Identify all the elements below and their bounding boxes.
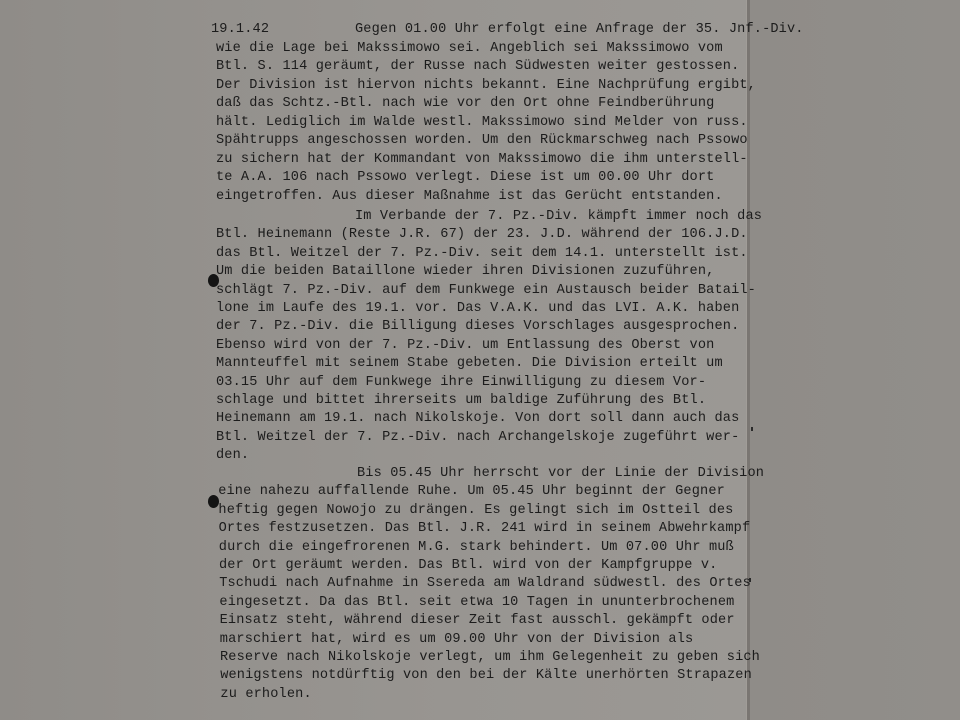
text-line: Mannteuffel mit seinem Stabe gebeten. Di… (216, 356, 723, 371)
text-line: daß das Schtz.-Btl. nach wie vor den Ort… (216, 96, 714, 111)
text-line: schlage und bittet ihrerseits um baldige… (216, 393, 706, 408)
text-line: der 7. Pz.-Div. die Billigung dieses Vor… (216, 319, 739, 334)
text-line: Btl. Heinemann (Reste J.R. 67) der 23. J… (216, 227, 748, 242)
text-line: lone im Laufe des 19.1. vor. Das V.A.K. … (216, 301, 739, 316)
text-line: Reserve nach Nikolskoje verlegt, um ihm … (220, 650, 760, 665)
text-line: zu erholen. (220, 687, 311, 702)
text-line: Einsatz steht, während dieser Zeit fast … (220, 613, 735, 628)
text-line: zu sichern hat der Kommandant von Makssi… (216, 152, 748, 167)
text-line: marschiert hat, wird es um 09.00 Uhr von… (220, 632, 694, 647)
entry-date: 19.1.42 (211, 22, 269, 37)
text-line: das Btl. Weitzel der 7. Pz.-Div. seit de… (216, 246, 748, 261)
margin-mark (751, 427, 753, 431)
text-line: Gegen 01.00 Uhr erfolgt eine Anfrage der… (355, 22, 804, 37)
text-line: Um die beiden Bataillone wieder ihren Di… (216, 264, 714, 279)
text-line: eingesetzt. Da das Btl. seit etwa 10 Tag… (219, 595, 734, 610)
text-line: Spähtrupps angeschossen worden. Um den R… (216, 133, 748, 148)
text-line: der Ort geräumt werden. Das Btl. wird vo… (219, 558, 717, 573)
text-line: den. (216, 448, 249, 463)
text-line: wenigstens notdürftig von den bei der Kä… (220, 668, 752, 683)
typed-text: 19.1.42 Gegen 01.00 Uhr erfolgt eine Anf… (0, 0, 33, 75)
facing-page (750, 0, 960, 720)
text-line: Btl. Weitzel der 7. Pz.-Div. nach Archan… (216, 430, 739, 445)
text-line: Tschudi nach Aufnahme in Ssereda am Wald… (219, 576, 751, 591)
text-line: heftig gegen Nowojo zu drängen. Es gelin… (218, 503, 733, 518)
document-photo: 19.1.42 Gegen 01.00 Uhr erfolgt eine Anf… (0, 0, 960, 720)
text-line: Ortes festzusetzen. Das Btl. J.R. 241 wi… (219, 521, 751, 536)
text-line: eingetroffen. Aus dieser Maßnahme ist da… (216, 189, 723, 204)
text-line: 03.15 Uhr auf dem Funkwege ihre Einwilli… (216, 375, 706, 390)
text-line: durch die eingefrorenen M.G. stark behin… (219, 540, 734, 555)
text-line: Im Verbande der 7. Pz.-Div. kämpft immer… (355, 209, 762, 224)
text-line: Bis 05.45 Uhr herrscht vor der Linie der… (357, 466, 764, 481)
text-line: Ebenso wird von der 7. Pz.-Div. um Entla… (216, 338, 714, 353)
text-line: te A.A. 106 nach Pssowo verlegt. Diese i… (216, 170, 714, 185)
text-line: Btl. S. 114 geräumt, der Russe nach Südw… (216, 59, 739, 74)
text-line: hält. Lediglich im Walde westl. Makssimo… (216, 115, 748, 130)
text-line: wie die Lage bei Makssimowo sei. Angebli… (216, 41, 723, 56)
text-line: Heinemann am 19.1. nach Nikolskoje. Von … (216, 411, 739, 426)
text-line: Der Division ist hiervon nichts bekannt.… (216, 78, 756, 93)
text-line: eine nahezu auffallende Ruhe. Um 05.45 U… (218, 484, 725, 499)
text-line: schlägt 7. Pz.-Div. auf dem Funkwege ein… (216, 283, 756, 298)
